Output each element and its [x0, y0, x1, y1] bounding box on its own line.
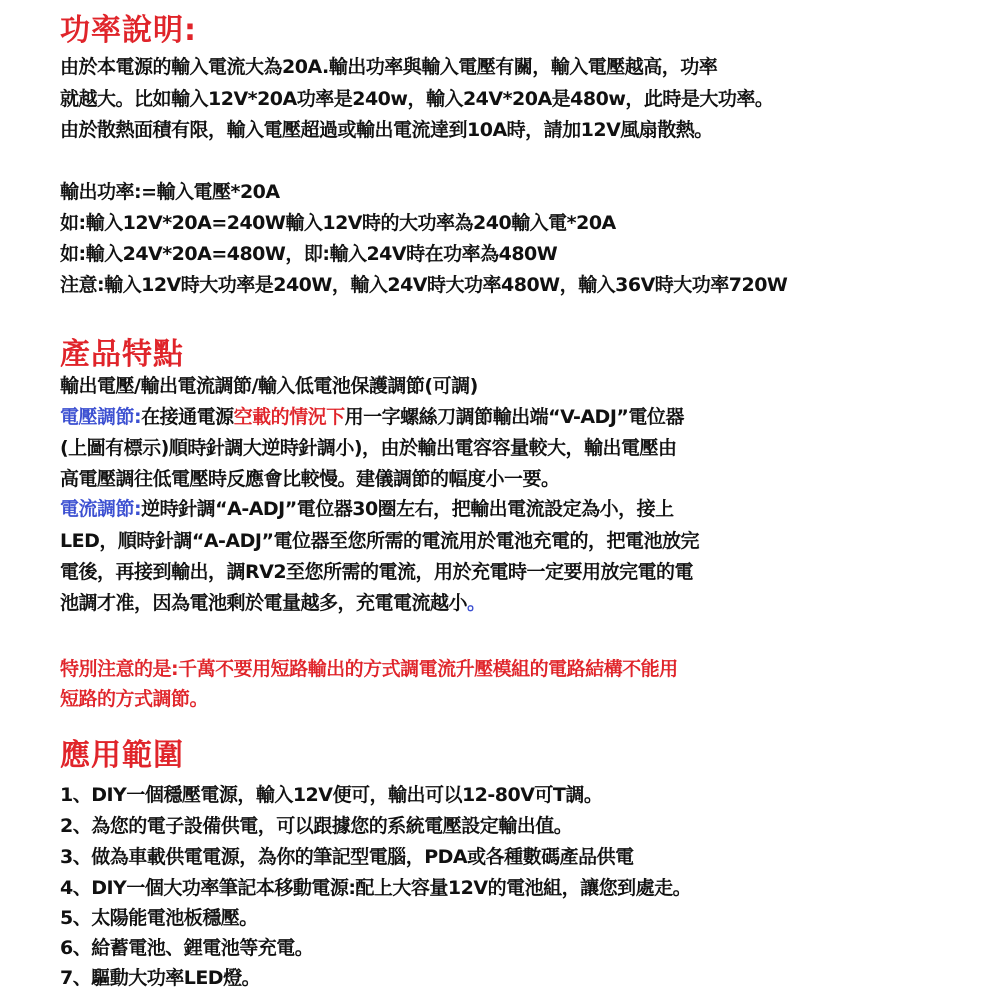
application-item: 4、DIY一個大功率筆記本移動電源:配上大容量12V的電池組，讓您到處走。 — [60, 879, 691, 898]
current-line: LED，順時針調“A-ADJ”電位器至您所需的電流用於電池充電的，把電池放完 — [60, 532, 699, 551]
power-title: 功率說明: — [60, 16, 197, 46]
end-mark: 。 — [467, 592, 486, 614]
features-title: 產品特點 — [60, 340, 184, 370]
voltage-text: 用一字螺絲刀調節輸出端“V-ADJ”電位器 — [345, 406, 684, 428]
power-line: 由於散熱面積有限，輸入電壓超過或輸出電流達到10A時，請加12V風扇散熱。 — [60, 121, 713, 140]
application-item: 3、做為車載供電電源，為你的筆記型電腦，PDA或各種數碼產品供電 — [60, 848, 634, 867]
applications-title: 應用範圍 — [60, 741, 184, 771]
current-text: 逆時針調“A-ADJ”電位器30圈左右，把輸出電流設定為小，接上 — [141, 498, 674, 520]
application-item: 6、給蓄電池、鋰電池等充電。 — [60, 939, 313, 958]
voltage-line: (上圖有標示)順時針調大逆時針調小)，由於輸出電容容量較大，輸出電壓由 — [60, 439, 677, 458]
formula-line: 如:輸入12V*20A=240W輸入12V時的大功率為240輸入電*20A — [60, 214, 616, 233]
features-intro: 輸出電壓/輸出電流調節/輸入低電池保護調節(可調) — [60, 377, 478, 396]
warning-line: 特別注意的是:千萬不要用短路輸出的方式調電流升壓模組的電路結構不能用 — [60, 660, 678, 679]
formula-line: 注意:輸入12V時大功率是240W，輸入24V時大功率480W，輸入36V時大功… — [60, 276, 787, 295]
voltage-adjust-label: 電壓調節 — [60, 406, 134, 428]
current-text: 池調才准，因為電池剩於電量越多，充電電流越小 — [60, 592, 467, 614]
application-item: 2、為您的電子設備供電，可以跟據您的系統電壓設定輸出值。 — [60, 817, 572, 836]
application-item: 5、太陽能電池板穩壓。 — [60, 909, 258, 928]
application-item: 7、驅動大功率LED燈。 — [60, 969, 260, 988]
formula-line: 輸出功率:=輸入電壓*20A — [60, 183, 280, 202]
voltage-adjust-line: 電壓調節:在接通電源空載的情況下用一字螺絲刀調節輸出端“V-ADJ”電位器 — [60, 408, 684, 427]
warning-line: 短路的方式調節。 — [60, 690, 208, 709]
current-line-last: 池調才准，因為電池剩於電量越多，充電電流越小。 — [60, 594, 486, 613]
formula-line: 如:輸入24V*20A=480W，即:輸入24V時在功率為480W — [60, 245, 557, 264]
current-line: 電後，再接到輸出，調RV2至您所需的電流，用於充電時一定要用放完電的電 — [60, 563, 693, 582]
voltage-highlight: 空載的情況下 — [234, 406, 345, 428]
power-line: 就越大。比如輸入12V*20A功率是240w，輸入24V*20A是480w，此時… — [60, 90, 773, 109]
current-adjust-line: 電流調節:逆時針調“A-ADJ”電位器30圈左右，把輸出電流設定為小，接上 — [60, 500, 674, 519]
power-line: 由於本電源的輸入電流大為20A.輸出功率與輸入電壓有關，輸入電壓越高，功率 — [60, 58, 717, 77]
current-adjust-label: 電流調節 — [60, 498, 134, 520]
voltage-text: 在接通電源 — [141, 406, 234, 428]
application-item: 1、DIY一個穩壓電源，輸入12V便可，輸出可以12-80V可T調。 — [60, 786, 602, 805]
voltage-line: 高電壓調往低電壓時反應會比較慢。建儀調節的幅度小一要。 — [60, 470, 560, 489]
